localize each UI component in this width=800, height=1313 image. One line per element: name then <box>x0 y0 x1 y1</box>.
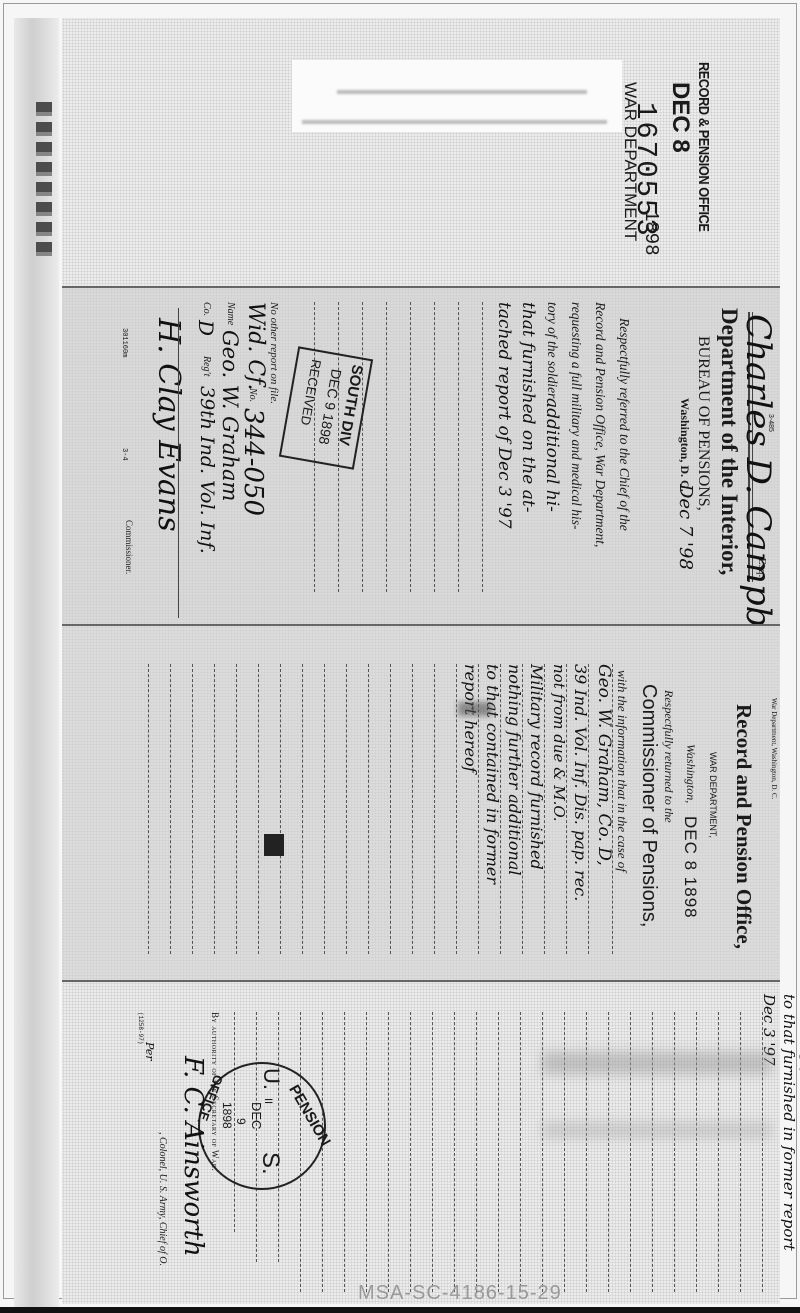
scan-bottom-edge <box>0 1307 800 1313</box>
blank-line <box>280 664 281 954</box>
addressee-signature: Charles D. Campbell <box>738 314 778 669</box>
blank-line <box>366 1012 367 1292</box>
regiment-label: Reg't <box>201 356 212 376</box>
blank-line <box>362 302 363 592</box>
blank-line <box>410 1012 411 1292</box>
blank-line <box>588 664 589 954</box>
commissioner-signature: H. Clay Evans <box>151 318 186 532</box>
blank-line <box>454 1012 455 1292</box>
pension-stamp-year: 1898 <box>220 1102 234 1129</box>
place-date-handwritten: Dec 7 '98 <box>675 484 696 570</box>
stamp-office: RECORD & PENSION OFFICE <box>695 62 712 231</box>
footer-code-2: 3-4 <box>120 448 128 461</box>
stamp-year: 1898 <box>640 210 662 256</box>
pension-stamp-month: DEC <box>249 1102 264 1129</box>
returned-to-label: Respectfully returned to the <box>661 690 676 823</box>
request-handwritten-1: additional hi- <box>542 398 562 512</box>
return-title: Record and Pension Office, <box>731 704 756 949</box>
archive-mark: MSA-SC-4186-15-29 <box>358 1282 562 1305</box>
ink-blot <box>264 834 284 856</box>
blank-line <box>476 1012 477 1292</box>
soldier-name: Geo. W. Graham <box>218 330 242 501</box>
blank-line <box>434 302 435 592</box>
return-handwritten-1: Geo. W. Graham, Co. D, <box>594 664 614 866</box>
faded-line <box>302 120 607 124</box>
claim-number: 344-050 <box>238 408 268 516</box>
interior-referral-panel: 3-485 Charles D. Campbell Esq. Departmen… <box>62 286 780 626</box>
faded-line <box>337 90 587 94</box>
signature-rule <box>178 308 179 618</box>
blank-line <box>520 1012 521 1292</box>
blank-line <box>214 664 215 954</box>
body-line-3: requesting a full military and medical h… <box>568 302 584 529</box>
stamp-department: WAR DEPARTMENT <box>620 82 640 241</box>
blank-line <box>302 664 303 954</box>
scanned-document: RECORD & PENSION OFFICE DEC 8 1670553 18… <box>0 0 800 1313</box>
folder-spine-strip <box>14 18 59 1308</box>
blank-line <box>412 664 413 954</box>
cover-panel: RECORD & PENSION OFFICE DEC 8 1670553 18… <box>62 18 780 286</box>
medical-record-panel: The medical records show him treated as … <box>62 980 780 1304</box>
cover-label-area <box>292 60 622 132</box>
company-value: D <box>194 320 218 336</box>
body-line-2: Record and Pension Office, War Departmen… <box>592 302 608 547</box>
blank-line <box>322 1012 323 1292</box>
return-header-small: War Department, Washington, D. C. <box>770 698 778 799</box>
regiment-value: 39th Ind. Vol. Inf. <box>196 386 218 554</box>
pension-stamp-day: 9 <box>234 1118 248 1125</box>
body-line-4: tory of the soldier <box>544 302 560 398</box>
blank-line <box>500 664 501 954</box>
addressee-suffix: Esq. <box>756 558 768 577</box>
blank-line <box>386 302 387 592</box>
blank-line <box>432 1012 433 1292</box>
blank-line <box>192 664 193 954</box>
blank-line <box>388 1012 389 1292</box>
paper-fold-shadow <box>542 1052 772 1074</box>
blank-line <box>434 664 435 954</box>
name-label: Name <box>225 302 236 325</box>
blank-line <box>566 664 567 954</box>
claim-type: Wid. Cf. <box>243 302 268 391</box>
war-department-return-panel: War Department, Washington, D. C. Record… <box>62 624 780 982</box>
blank-line <box>324 664 325 954</box>
return-department: WAR DEPARTMENT, <box>708 752 718 838</box>
company-label: Co. <box>201 302 212 316</box>
per-line: Per <box>143 1042 156 1061</box>
blank-line <box>390 664 391 954</box>
form-code: (1258-97) <box>137 1012 144 1044</box>
medical-handwritten-2: to that furnished in former report <box>780 994 798 1251</box>
blank-line <box>236 664 237 954</box>
blank-line <box>410 302 411 592</box>
blank-line <box>612 664 613 954</box>
chief-signature: F. C. Ainsworth <box>178 1056 208 1257</box>
information-line: with the information that in the case of <box>614 670 630 872</box>
commissioner-label: Commissioner. <box>124 520 134 574</box>
paper-fold-shadow <box>542 1122 772 1138</box>
pension-stamp-left: U. <box>258 1068 284 1090</box>
return-place-label: Washington, <box>683 744 698 803</box>
blank-line <box>544 664 545 954</box>
ink-smudge <box>458 702 492 716</box>
blank-line <box>170 664 171 954</box>
pension-stamp-top: PENSION <box>285 1082 333 1149</box>
stamp-date: DEC 8 <box>666 82 694 153</box>
blank-line <box>522 664 523 954</box>
commissioner-of-pensions: Commissioner of Pensions, <box>637 684 660 927</box>
blank-line <box>346 664 347 954</box>
blank-line <box>368 664 369 954</box>
request-handwritten-3: tached report of Dec 3 '97 <box>494 302 514 529</box>
place-date-label: Washington, D. C. <box>677 398 692 492</box>
blank-line <box>148 664 149 954</box>
pension-stamp-right: S. <box>256 1152 284 1175</box>
blank-line <box>344 1012 345 1292</box>
no-other-report: No other report on file. <box>268 302 280 404</box>
blank-line <box>482 302 483 592</box>
chief-title: , Colonel, U. S. Army, Chief of O. <box>157 1132 168 1266</box>
claim-number-label: No. <box>247 388 258 402</box>
request-handwritten-2: that furnished on the at- <box>518 302 538 512</box>
return-date: DEC 8 1898 <box>680 816 700 919</box>
authority-line: By authority of the Secretary of War: <box>210 1012 220 1171</box>
south-div-received-stamp: SOUTH DIV DEC 9 1898 RECEIVED <box>279 346 373 469</box>
body-line-1: Respectfully referred to the Chief of th… <box>616 318 632 531</box>
footer-code: 301160m <box>120 328 128 357</box>
blank-line <box>258 664 259 954</box>
blank-line <box>458 302 459 592</box>
blank-line <box>456 664 457 954</box>
department-title: Department of the Interior, <box>716 308 742 575</box>
bureau-subtitle: BUREAU OF PENSIONS, <box>694 336 712 511</box>
blank-line <box>498 1012 499 1292</box>
spine-stain <box>36 102 52 262</box>
